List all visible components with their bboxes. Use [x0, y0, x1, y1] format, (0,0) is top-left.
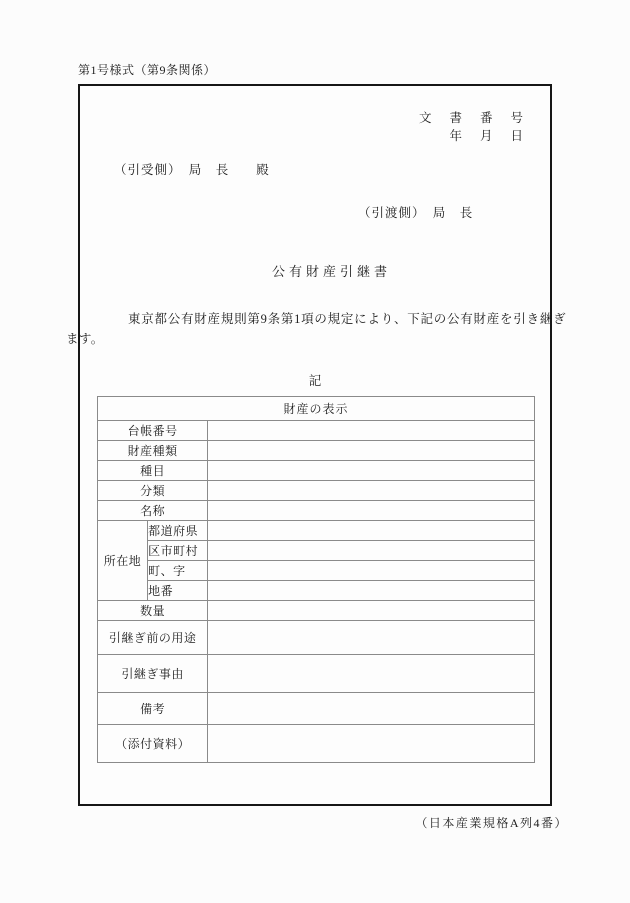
row-label: 数量 [98, 601, 208, 621]
table-row: 種目 [98, 461, 535, 481]
row-label: 財産種類 [98, 441, 208, 461]
table-row: 引継ぎ事由 [98, 655, 535, 693]
value-cell [208, 601, 535, 621]
value-cell [208, 501, 535, 521]
table-row: 台帳番号 [98, 421, 535, 441]
table-row: 数量 [98, 601, 535, 621]
value-cell [208, 441, 535, 461]
body-paragraph: 東京都公有財産規則第9条第1項の規定により、下記の公有財産を引き継ぎます。 [66, 309, 566, 349]
value-cell [208, 561, 535, 581]
table-row: 備考 [98, 693, 535, 725]
table-row: 引継ぎ前の用途 [98, 621, 535, 655]
value-cell [208, 481, 535, 501]
row-label: 種目 [98, 461, 208, 481]
row-label: 引継ぎ前の用途 [98, 621, 208, 655]
record-marker: 記 [0, 371, 630, 389]
jis-standard-note: （日本産業規格A列4番） [415, 814, 568, 831]
table-row: 名称 [98, 501, 535, 521]
addressee-line: （引受側） 局 長 殿 [114, 160, 270, 178]
location-label: 所在地 [98, 521, 148, 601]
value-cell [208, 621, 535, 655]
value-cell [208, 655, 535, 693]
table-row-location: 区市町村 [98, 541, 535, 561]
sender-line: （引渡側） 局 長 [358, 203, 473, 221]
date-label: 年月日 [419, 127, 541, 145]
value-cell [208, 541, 535, 561]
table-row: 財産種類 [98, 441, 535, 461]
table-header-row: 財産の表示 [98, 397, 535, 421]
value-cell [208, 581, 535, 601]
table-title: 財産の表示 [98, 397, 535, 421]
table-row-location: 町、字 [98, 561, 535, 581]
location-sub-label: 区市町村 [148, 541, 208, 561]
row-label: 引継ぎ事由 [98, 655, 208, 693]
table-row-location: 所在地 都道府県 [98, 521, 535, 541]
row-label: 台帳番号 [98, 421, 208, 441]
document-number-label: 文書番号 [419, 109, 541, 127]
value-cell [208, 461, 535, 481]
value-cell [208, 421, 535, 441]
table-row: （添付資料） [98, 725, 535, 763]
location-sub-label: 町、字 [148, 561, 208, 581]
value-cell [208, 725, 535, 763]
row-label: 分類 [98, 481, 208, 501]
table-row-location: 地番 [98, 581, 535, 601]
document-title: 公有財産引継書 [272, 261, 391, 280]
document-number-block: 文書番号 年月日 [419, 109, 541, 145]
property-table: 財産の表示 台帳番号 財産種類 種目 分類 名称 所在地 都道府県 区市町村 [97, 396, 535, 763]
value-cell [208, 521, 535, 541]
location-sub-label: 都道府県 [148, 521, 208, 541]
table-row: 分類 [98, 481, 535, 501]
value-cell [208, 693, 535, 725]
form-number-label: 第1号様式（第9条関係） [78, 61, 216, 78]
document-page: 第1号様式（第9条関係） 文書番号 年月日 （引受側） 局 長 殿 （引渡側） … [0, 0, 630, 903]
row-label: （添付資料） [98, 725, 208, 763]
row-label: 備考 [98, 693, 208, 725]
row-label: 名称 [98, 501, 208, 521]
location-sub-label: 地番 [148, 581, 208, 601]
